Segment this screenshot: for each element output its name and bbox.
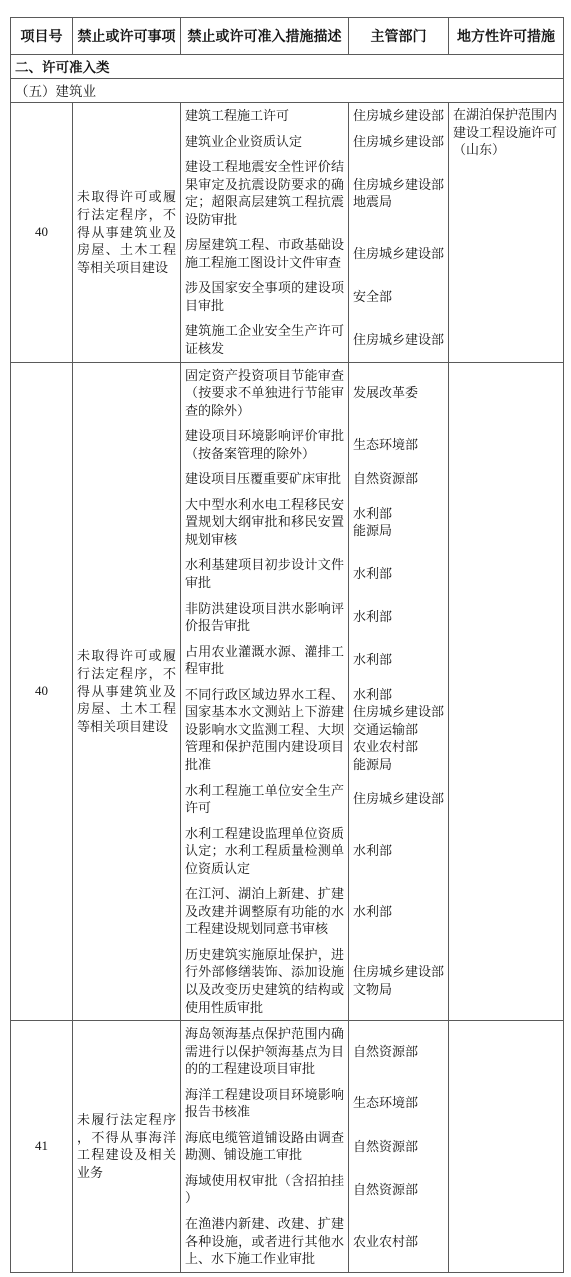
department-cell: 水利部 xyxy=(349,821,449,882)
table-header-row: 项目号 禁止或许可事项 禁止或许可准入措施描述 主管部门 地方性许可措施 xyxy=(11,18,564,55)
negative-list-table: 项目号 禁止或许可事项 禁止或许可准入措施描述 主管部门 地方性许可措施 二、许… xyxy=(10,17,564,1273)
section-row-industry: （五）建筑业 xyxy=(11,79,564,103)
col-header-department: 主管部门 xyxy=(349,18,449,55)
measure-desc-cell: 水利工程建设监理单位资质认定；水利工程质量检测单位资质认定 xyxy=(181,821,349,882)
col-header-item-no: 项目号 xyxy=(11,18,73,55)
measure-desc-cell: 占用农业灌溉水源、灌排工程审批 xyxy=(181,639,349,682)
measure-row: 41未履行法定程序，不得从事海洋工程建设及相关业务海岛领海基点保护范围内确需进行… xyxy=(11,1021,564,1082)
measure-desc-cell: 海洋工程建设项目环境影响报告书核准 xyxy=(181,1082,349,1125)
department-cell: 自然资源部 xyxy=(349,466,449,492)
prohibited-matter-cell: 未履行法定程序，不得从事海洋工程建设及相关业务 xyxy=(73,1021,181,1273)
measure-desc-cell: 建设项目压覆重要矿床审批 xyxy=(181,466,349,492)
measure-desc-cell: 水利基建项目初步设计文件审批 xyxy=(181,552,349,595)
prohibited-matter-cell: 未取得许可或履行法定程序，不得从事建筑业及房屋、土木工程等相关项目建设 xyxy=(73,103,181,363)
measure-desc-cell: 建筑施工企业安全生产许可证核发 xyxy=(181,318,349,362)
measure-desc-cell: 海底电缆管道铺设路由调查勘测、铺设施工审批 xyxy=(181,1125,349,1168)
measure-row: 40未取得许可或履行法定程序，不得从事建筑业及房屋、土木工程等相关项目建设固定资… xyxy=(11,362,564,423)
department-cell: 自然资源部 xyxy=(349,1168,449,1211)
measure-desc-cell: 建筑业企业资质认定 xyxy=(181,129,349,155)
local-measures-cell: 在湖泊保护范围内建设工程设施许可（山东） xyxy=(449,103,564,363)
measure-desc-cell: 建设工程地震安全性评价结果审定及抗震设防要求的确定；超限高层建筑工程抗震设防审批 xyxy=(181,154,349,232)
measure-desc-cell: 历史建筑实施原址保护，进行外部修缮装饰、添加设施以及改变历史建筑的结构或使用性质… xyxy=(181,942,349,1021)
department-cell: 水利部 xyxy=(349,596,449,639)
measure-desc-cell: 在渔港内新建、改建、扩建各种设施，或者进行其他水上、水下施工作业审批 xyxy=(181,1211,349,1272)
department-cell: 发展改革委 xyxy=(349,362,449,423)
department-cell: 安全部 xyxy=(349,275,449,318)
section-industry-label: （五）建筑业 xyxy=(11,79,564,103)
measure-desc-cell: 非防洪建设项目洪水影响评价报告审批 xyxy=(181,596,349,639)
measure-desc-cell: 不同行政区域边界水工程、国家基本水文测站上下游建设影响水文监测工程、大坝管理和保… xyxy=(181,682,349,778)
item-number-cell: 40 xyxy=(11,103,73,363)
measure-desc-cell: 房屋建筑工程、市政基础设施工程施工图设计文件审查 xyxy=(181,232,349,275)
measure-desc-cell: 涉及国家安全事项的建设项目审批 xyxy=(181,275,349,318)
department-cell: 住房城乡建设部 文物局 xyxy=(349,942,449,1021)
department-cell: 住房城乡建设部 地震局 xyxy=(349,154,449,232)
prohibited-matter-cell: 未取得许可或履行法定程序，不得从事建筑业及房屋、土木工程等相关项目建设 xyxy=(73,362,181,1021)
department-cell: 水利部 能源局 xyxy=(349,492,449,553)
section-row-category: 二、许可准入类 xyxy=(11,55,564,79)
measure-desc-cell: 大中型水利水电工程移民安置规划大纲审批和移民安置规划审核 xyxy=(181,492,349,553)
department-cell: 自然资源部 xyxy=(349,1021,449,1082)
measure-desc-cell: 建筑工程施工许可 xyxy=(181,103,349,129)
document-page: 项目号 禁止或许可事项 禁止或许可准入措施描述 主管部门 地方性许可措施 二、许… xyxy=(0,0,571,1273)
department-cell: 住房城乡建设部 xyxy=(349,129,449,155)
local-measures-cell xyxy=(449,362,564,1021)
department-cell: 生态环境部 xyxy=(349,1082,449,1125)
department-cell: 水利部 xyxy=(349,639,449,682)
department-cell: 生态环境部 xyxy=(349,423,449,466)
local-measures-cell xyxy=(449,1021,564,1273)
col-header-local-measures: 地方性许可措施 xyxy=(449,18,564,55)
item-number-cell: 41 xyxy=(11,1021,73,1273)
measure-desc-cell: 建设项目环境影响评价审批（按备案管理的除外） xyxy=(181,423,349,466)
measure-desc-cell: 在江河、湖泊上新建、扩建及改建并调整原有功能的水工程建设规划同意书审核 xyxy=(181,881,349,942)
department-cell: 水利部 xyxy=(349,881,449,942)
department-cell: 农业农村部 xyxy=(349,1211,449,1272)
measure-row: 40未取得许可或履行法定程序，不得从事建筑业及房屋、土木工程等相关项目建设建筑工… xyxy=(11,103,564,129)
department-cell: 住房城乡建设部 xyxy=(349,103,449,129)
measure-desc-cell: 海域使用权审批（含招拍挂） xyxy=(181,1168,349,1211)
col-header-prohibited-matter: 禁止或许可事项 xyxy=(73,18,181,55)
col-header-measure-desc: 禁止或许可准入措施描述 xyxy=(181,18,349,55)
department-cell: 住房城乡建设部 xyxy=(349,318,449,362)
measure-desc-cell: 海岛领海基点保护范围内确需进行以保护领海基点为目的的工程建设项目审批 xyxy=(181,1021,349,1082)
department-cell: 自然资源部 xyxy=(349,1125,449,1168)
item-number-cell: 40 xyxy=(11,362,73,1021)
measure-desc-cell: 固定资产投资项目节能审查（按要求不单独进行节能审查的除外） xyxy=(181,362,349,423)
department-cell: 水利部 xyxy=(349,552,449,595)
measure-desc-cell: 水利工程施工单位安全生产许可 xyxy=(181,778,349,821)
department-cell: 水利部 住房城乡建设部 交通运输部 农业农村部 能源局 xyxy=(349,682,449,778)
section-category-label: 二、许可准入类 xyxy=(11,55,564,79)
department-cell: 住房城乡建设部 xyxy=(349,232,449,275)
department-cell: 住房城乡建设部 xyxy=(349,778,449,821)
